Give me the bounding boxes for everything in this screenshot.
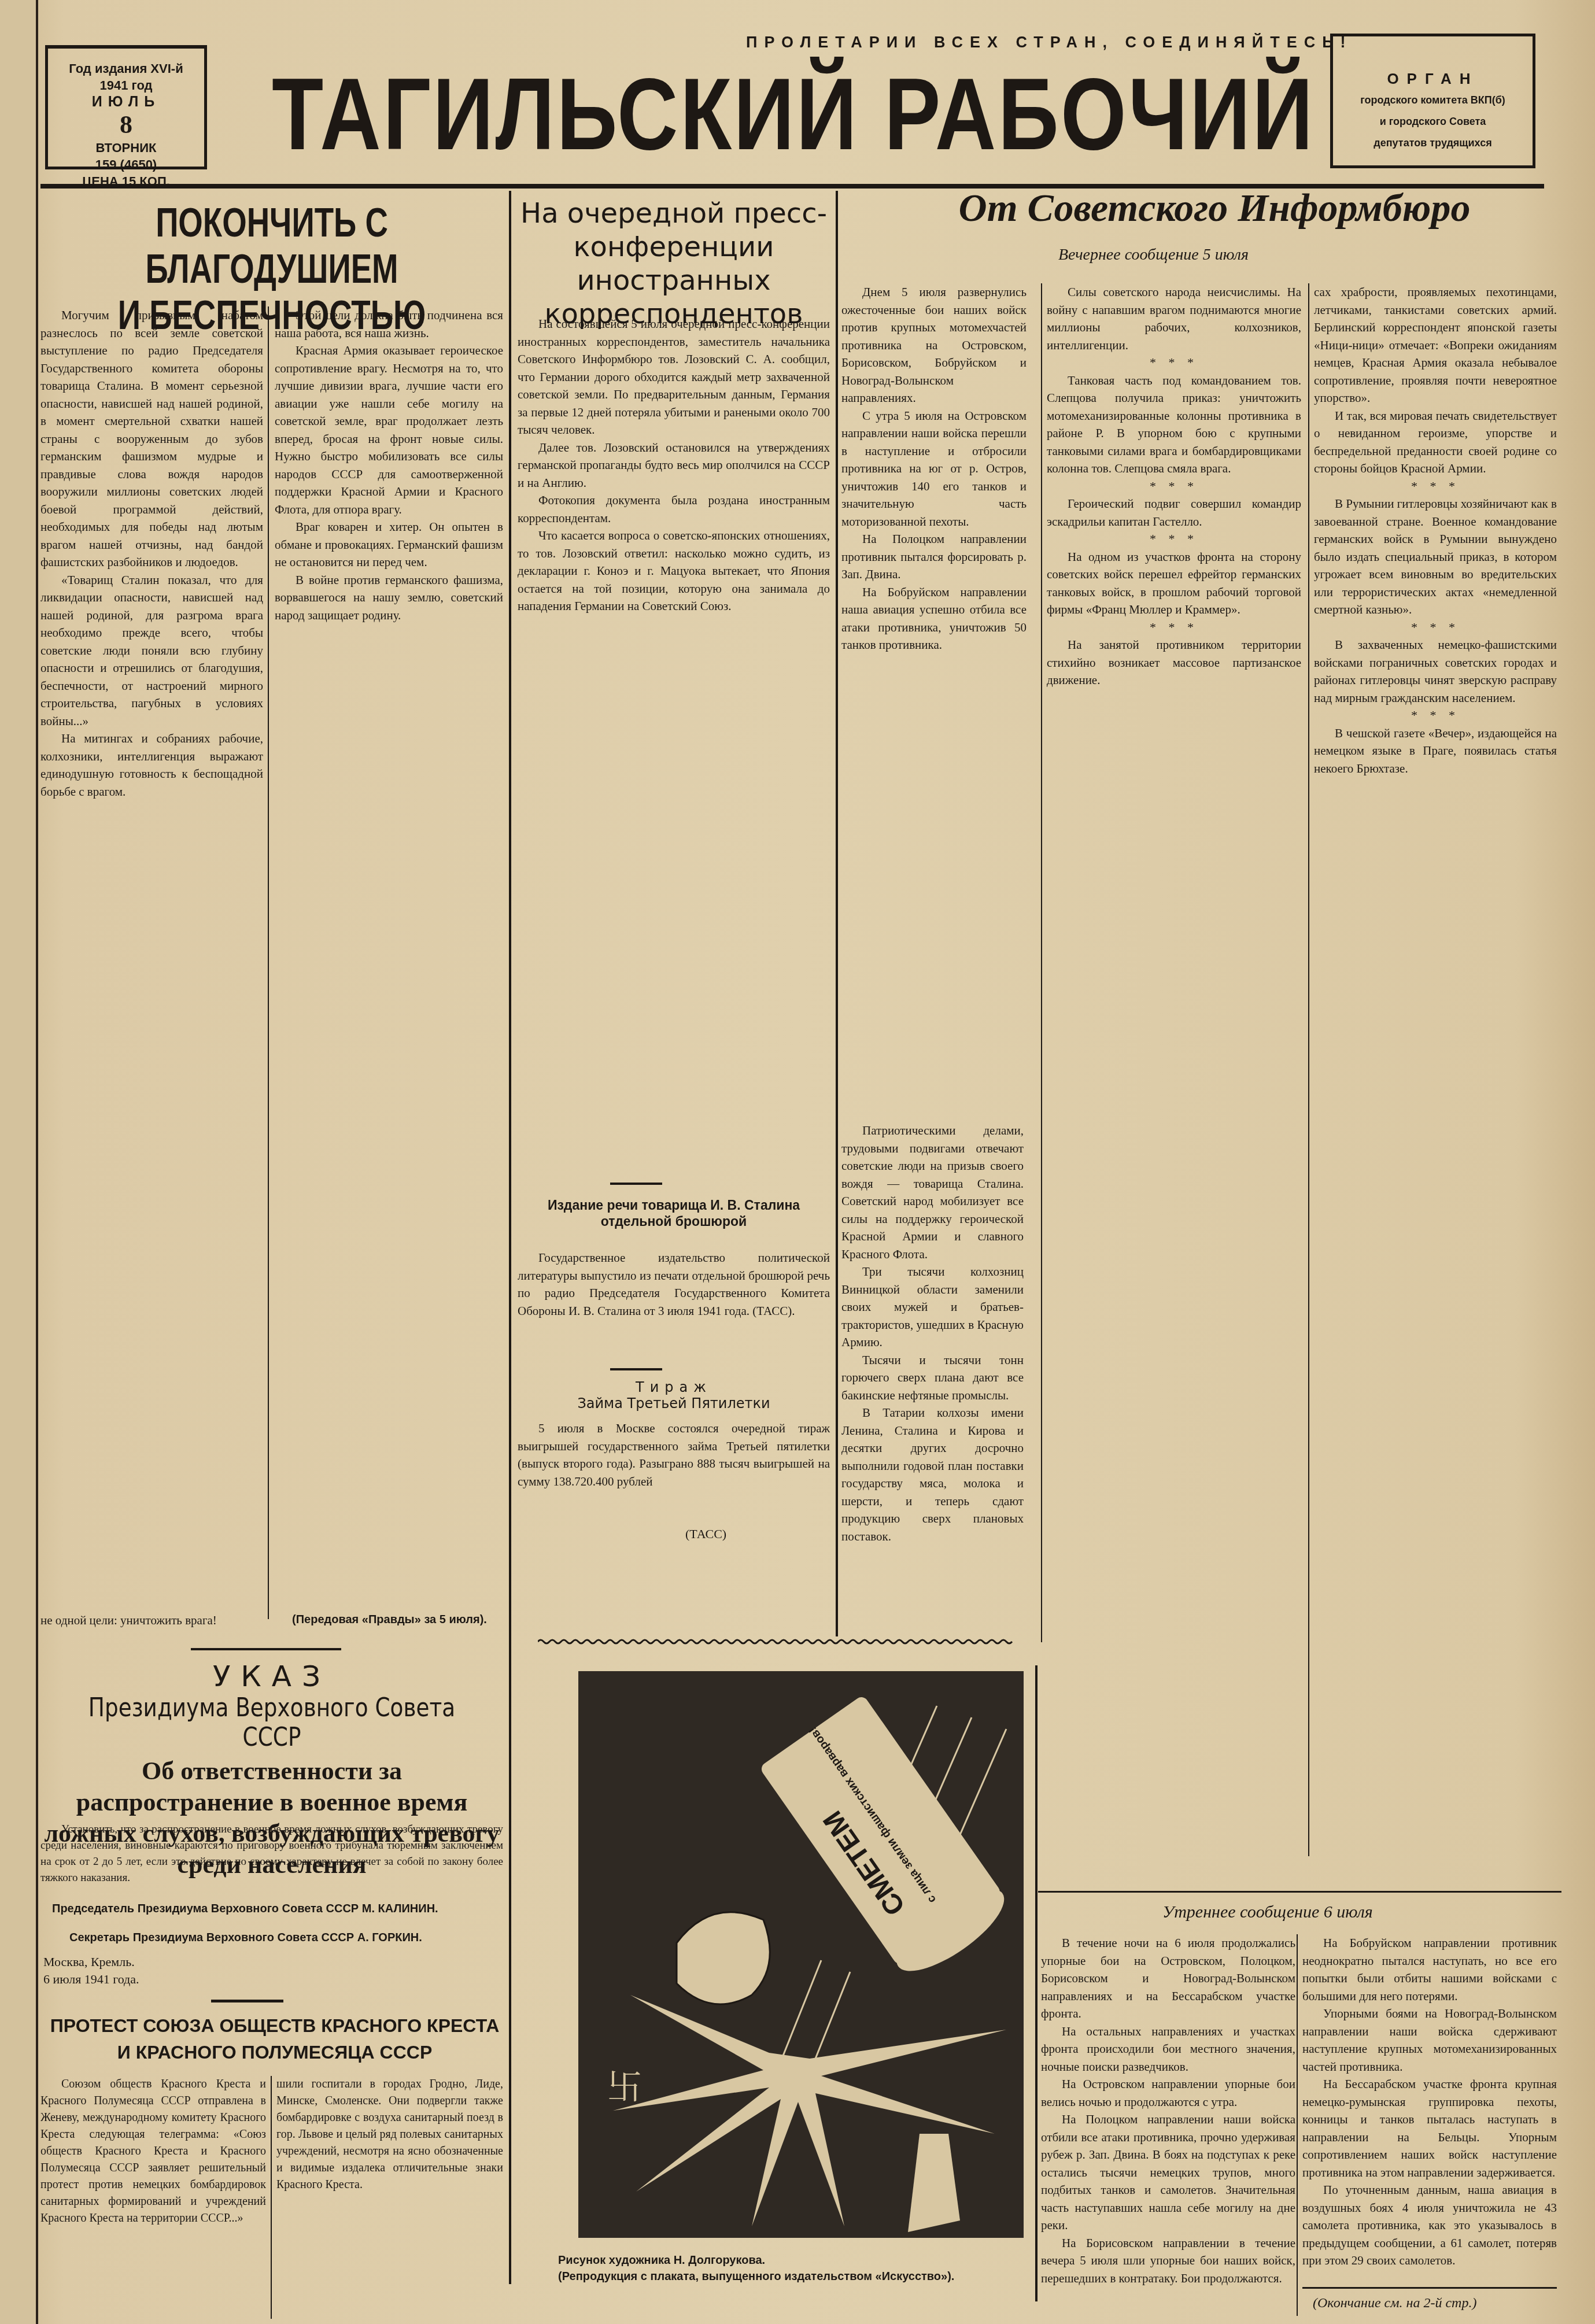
press-conference-body: На состоявшейся 5 июля очередной пресс-к…: [518, 315, 830, 615]
paragraph: Установить, что за распространение в вое…: [40, 1821, 503, 1886]
column-divider: [836, 191, 838, 1636]
issue-weekday: ВТОРНИК: [48, 139, 204, 156]
evening-report-subtitle: Вечернее сообщение 5 июля: [1058, 246, 1249, 264]
stalin-speech-body: Государственное издательство политическо…: [518, 1249, 830, 1320]
patriotic-deeds-column: Патриотическими делами, трудовыми подвиг…: [841, 1122, 1024, 1545]
paragraph: Красная Армия оказывает героическое сопр…: [275, 342, 503, 518]
paragraph: Три тысячи колхозниц Винницкой области з…: [841, 1263, 1024, 1351]
paragraph: Танковая часть под командованием тов. Сл…: [1047, 372, 1301, 478]
headline-line-1: ПРОТЕСТ СОЮЗА ОБЩЕСТВ КРАСНОГО КРЕСТА: [46, 2012, 503, 2039]
section-divider: [191, 1648, 341, 1650]
paragraph: На остальных направлениях и участках фро…: [1041, 2023, 1295, 2076]
headline-line-2: И КРАСНОГО ПОЛУМЕСЯЦА СССР: [46, 2039, 503, 2066]
decree-subheading: Президиума Верховного Совета СССР: [75, 1693, 468, 1752]
headline-line-2: Займа Третьей Пятилетки: [518, 1395, 830, 1412]
wavy-divider: [538, 1638, 1018, 1646]
caption-line-2: (Репродукция с плаката, выпущенного изда…: [523, 2268, 1015, 2285]
paragraph: И так, вся мировая печать свидетельствуе…: [1314, 407, 1557, 478]
evening-report-column-3: сах храбрости, проявляемых пехотинцами, …: [1314, 283, 1557, 777]
stars-separator: * * *: [1314, 619, 1557, 637]
paragraph: сах храбрости, проявляемых пехотинцами, …: [1314, 283, 1557, 407]
loan-draw-source: (ТАСС): [685, 1527, 726, 1542]
column-divider: [1035, 1665, 1038, 2301]
paragraph: На состоявшейся 5 июля очередной пресс-к…: [518, 315, 830, 439]
paragraph: На Островском направлении упорные бои ве…: [1041, 2075, 1295, 2111]
paragraph: Могучим призывным набатом разнеслось по …: [40, 306, 263, 571]
paragraph: Далее тов. Лозовский остановился на утве…: [518, 439, 830, 492]
paragraph: В Татарии колхозы имени Ленина, Сталина …: [841, 1404, 1024, 1545]
editorial-column-1: Могучим призывным набатом разнеслось по …: [40, 306, 263, 800]
newspaper-page: Год издания XVI-й 1941 год ИЮЛЬ 8 ВТОРНИ…: [0, 0, 1595, 2324]
stars-separator: * * *: [1047, 354, 1301, 372]
issue-day: 8: [48, 110, 204, 139]
column-divider: [1308, 283, 1309, 1856]
paragraph: Фотокопия документа была роздана иностра…: [518, 492, 830, 527]
decree-place: Москва, Кремль.: [43, 1954, 135, 1970]
paragraph: Героический подвиг совершил командир эск…: [1047, 495, 1301, 530]
sovinformburo-headline: От Советского Информбюро: [867, 185, 1561, 231]
paragraph: В течение ночи на 6 июля продолжались уп…: [1041, 1934, 1295, 2023]
column-divider: [509, 191, 511, 2284]
loan-draw-body: 5 июля в Москве состоялся очередной тира…: [518, 1420, 830, 1490]
issue-month: ИЮЛЬ: [48, 94, 204, 110]
stars-separator: * * *: [1047, 619, 1301, 637]
stalin-speech-headline: Издание речи товарища И. В. Сталина отде…: [518, 1197, 830, 1229]
press-conference-headline: На очередной пресс-конференции иностранн…: [518, 197, 830, 331]
organ-heading: ОРГАН: [1333, 68, 1533, 90]
decree-date: 6 июля 1941 года.: [43, 1972, 139, 1987]
red-cross-column-1: Союзом обществ Красного Креста и Красног…: [40, 2076, 266, 2227]
morning-report-column-1: В течение ночи на 6 июля продолжались уп…: [1041, 1934, 1295, 2287]
masthead-slogan: ПРОЛЕТАРИИ ВСЕХ СТРАН, СОЕДИНЯЙТЕСЬ!: [746, 34, 1353, 51]
paragraph: По уточненным данным, наша авиация в воз…: [1302, 2181, 1557, 2270]
section-divider: [1038, 1891, 1561, 1893]
paragraph: Патриотическими делами, трудовыми подвиг…: [841, 1122, 1024, 1263]
section-divider: [1302, 2287, 1557, 2289]
paragraph: С утра 5 июля на Островском направлении …: [841, 407, 1027, 531]
paragraph: Этой цели должна быть подчинена вся наша…: [275, 306, 503, 342]
red-cross-headline: ПРОТЕСТ СОЮЗА ОБЩЕСТВ КРАСНОГО КРЕСТА И …: [46, 2012, 503, 2066]
paragraph: Днем 5 июля развернулись ожесточенные бо…: [841, 283, 1027, 407]
paragraph: На Борисовском направлении в течение веч…: [1041, 2234, 1295, 2288]
paragraph: Силы советского народа неисчислимы. На в…: [1047, 283, 1301, 354]
decree-signature-2: Секретарь Президиума Верховного Совета С…: [69, 1931, 422, 1945]
issue-year: 1941 год: [48, 77, 204, 94]
paragraph: На одном из участков фронта на сторону с…: [1047, 548, 1301, 619]
newspaper-title: ТАГИЛЬСКИЙ РАБОЧИЙ: [272, 62, 1315, 167]
editorial-closing: не одной цели: уничтожить врага!: [40, 1613, 263, 1628]
organ-line-3: депутатов трудящихся: [1333, 132, 1533, 154]
evening-report-column-1: Днем 5 июля развернулись ожесточенные бо…: [841, 283, 1027, 654]
paragraph: Государственное издательство политическо…: [518, 1249, 830, 1320]
paragraph: На Бессарабском участке фронта крупная н…: [1302, 2075, 1557, 2181]
section-divider: [610, 1368, 662, 1370]
paragraph: На Бобруйском направлении наша авиация у…: [841, 583, 1027, 654]
paragraph: В Румынии гитлеровцы хозяйничают как в з…: [1314, 495, 1557, 619]
column-divider: [268, 306, 269, 1619]
paragraph: Упорными боями на Новоград-Волынском нап…: [1302, 2005, 1557, 2075]
continued-note: (Окончание см. на 2-й стр.): [1313, 2296, 1476, 2311]
column-divider: [1297, 1934, 1298, 2316]
paragraph: «Товарищ Сталин показал, что для ликвида…: [40, 571, 263, 730]
decree-heading: УКАЗ: [40, 1660, 503, 1693]
paragraph: 5 июля в Москве состоялся очередной тира…: [518, 1420, 830, 1490]
section-divider: [610, 1183, 662, 1185]
stars-separator: * * *: [1047, 530, 1301, 548]
swastika-icon: 卐: [607, 2067, 642, 2108]
column-divider: [1041, 283, 1042, 1642]
paragraph: В захваченных немецко-фашистскими войска…: [1314, 636, 1557, 707]
section-divider: [211, 2000, 283, 2002]
organ-box: ОРГАН городского комитета ВКП(б) и город…: [1330, 34, 1535, 168]
poster-caption: Рисунок художника Н. Долгорукова. (Репро…: [523, 2252, 1015, 2285]
poster-illustration: СМЕТЕМ с лица земли фашистских варваров!…: [578, 1671, 1024, 2238]
paragraph: В чешской газете «Вечер», издающейся на …: [1314, 725, 1557, 778]
paragraph: Тысячи и тысячи тонн горючего сверх план…: [841, 1351, 1024, 1405]
decree-signature-1: Председатель Президиума Верховного Совет…: [52, 1902, 438, 1916]
evening-report-column-2: Силы советского народа неисчислимы. На в…: [1047, 283, 1301, 689]
morning-report-column-2: На Бобруйском направлении противник неод…: [1302, 1934, 1557, 2270]
headline-line-1: Тираж: [518, 1379, 830, 1395]
paragraph: На Полоцком направлении наши войска отби…: [1041, 2111, 1295, 2234]
paragraph: В войне против германского фашизма, ворв…: [275, 571, 503, 625]
paragraph: шили госпитали в городах Гродно, Лиде, М…: [276, 2076, 503, 2193]
caption-line-1: Рисунок художника Н. Долгорукова.: [523, 2252, 1015, 2268]
organ-line-1: городского комитета ВКП(б): [1333, 90, 1533, 111]
morning-report-subtitle: Утреннее сообщение 6 июля: [1162, 1902, 1373, 1922]
stars-separator: * * *: [1047, 478, 1301, 496]
paragraph: На занятой противником территории стихий…: [1047, 636, 1301, 689]
issue-number: 159 (4650): [48, 156, 204, 173]
paragraph: Что касается вопроса о советско-японских…: [518, 527, 830, 615]
issue-date-box: Год издания XVI-й 1941 год ИЮЛЬ 8 ВТОРНИ…: [45, 45, 207, 169]
stars-separator: * * *: [1314, 478, 1557, 496]
column-divider: [271, 2076, 272, 2319]
paragraph: На Полоцком направлении противник пыталс…: [841, 530, 1027, 583]
propaganda-poster: СМЕТЕМ с лица земли фашистских варваров!…: [578, 1671, 1024, 2238]
paragraph: На митингах и собраниях рабочие, колхозн…: [40, 730, 263, 800]
loan-draw-headline: Тираж Займа Третьей Пятилетки: [518, 1379, 830, 1412]
organ-line-2: и городского Совета: [1333, 111, 1533, 132]
year-of-edition: Год издания XVI-й: [48, 60, 204, 77]
paragraph: Союзом обществ Красного Креста и Красног…: [40, 2076, 266, 2227]
adjacent-page-strip: [0, 0, 38, 2324]
paragraph: Враг коварен и хитер. Он опытен в обмане…: [275, 518, 503, 571]
decree-body: Установить, что за распространение в вое…: [40, 1821, 503, 1886]
stars-separator: * * *: [1314, 707, 1557, 725]
red-cross-column-2: шили госпитали в городах Гродно, Лиде, М…: [276, 2076, 503, 2193]
paragraph: На Бобруйском направлении противник неод…: [1302, 1934, 1557, 2005]
headline-line-1: ПОКОНЧИТЬ С БЛАГОДУШИЕМ: [91, 199, 452, 292]
editorial-source: (Передовая «Правды» за 5 июля).: [292, 1613, 487, 1627]
editorial-column-2: Этой цели должна быть подчинена вся наша…: [275, 306, 503, 624]
